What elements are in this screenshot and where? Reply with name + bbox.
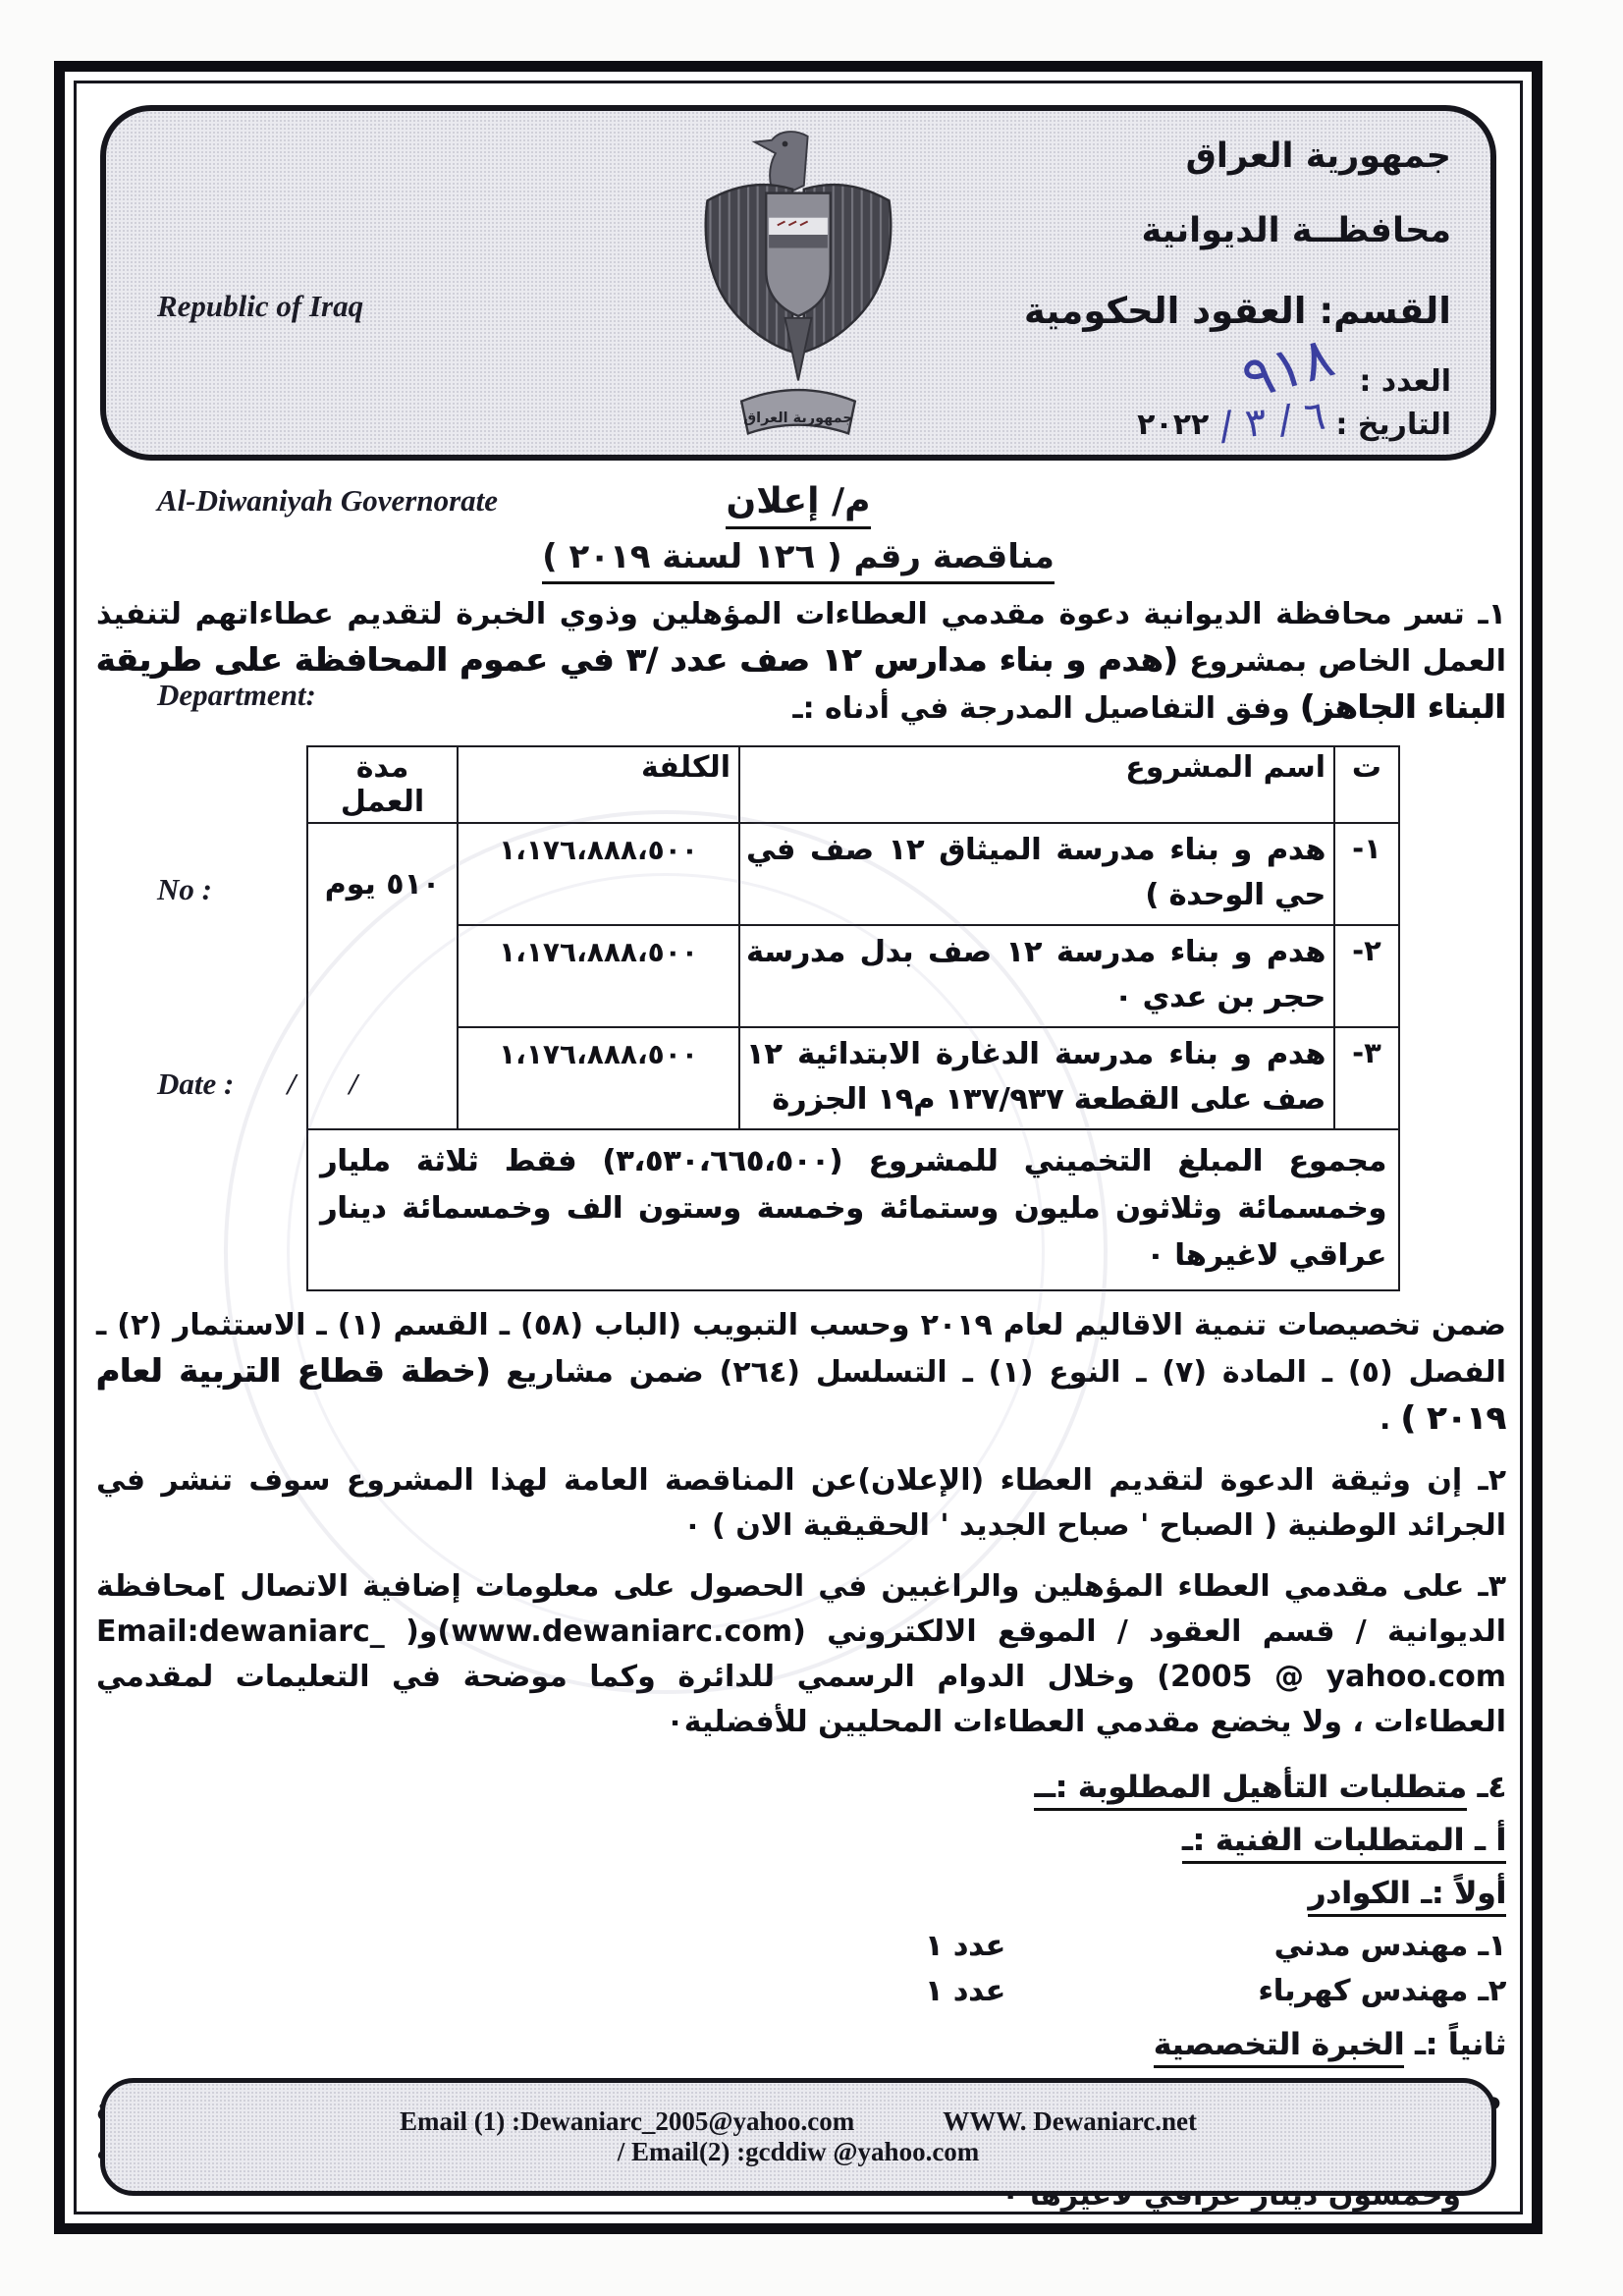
iraq-coat-of-arms-icon: جمهورية العراق <box>694 123 902 457</box>
cadre-name: ١ـ مهندس مدني <box>1163 1924 1506 1969</box>
letterhead-en-country: Republic of Iraq <box>157 274 498 339</box>
footer-contact-box: Email (1) :Dewaniarc_2005@yahoo.com WWW.… <box>100 2078 1496 2196</box>
footer-email2: / Email(2) :gcddiw @yahoo.com <box>618 2137 980 2167</box>
section4-title: متطلبات التأهيل المطلوبة :ــ <box>1034 1770 1466 1811</box>
paragraph-allocation-tail: . <box>1380 1402 1401 1437</box>
document-date-line: التاريخ : ٦ / ٣ / ٢٠٢٢ <box>1024 399 1451 460</box>
document-outer-frame: Republic of Iraq Al-Diwaniyah Governorat… <box>54 61 1542 2234</box>
cadre-row-civil-engineer: ١ـ مهندس مدني عدد ١ <box>77 1924 1520 1969</box>
section4-number: ٤ـ <box>1467 1770 1506 1805</box>
document-date-handwritten: ٦ / ٣ / <box>1217 393 1327 449</box>
footer-website: WWW. Dewaniarc.net <box>943 2106 1197 2137</box>
cadre-name: ٢ـ مهندس كهرباء <box>1163 1969 1506 2014</box>
paragraph-allocation: ضمن تخصيصات تنمية الاقاليم لعام ٢٠١٩ وحس… <box>77 1303 1520 1443</box>
row3-cost: ١،١٧٦،٨٨٨،٥٠٠ <box>458 1027 739 1129</box>
paragraph-invitation-tail: وفق التفاصيل المدرجة في أدناه :ـ <box>792 691 1300 726</box>
cadre-count: عدد ١ <box>925 1969 1005 2014</box>
letterhead-arabic: جمهورية العراق محافظــة الديوانية القسم:… <box>1024 137 1451 460</box>
row1-cost: ١،١٧٦،٨٨٨،٥٠٠ <box>458 823 739 925</box>
letterhead-en-governorate: Al-Diwaniyah Governorate <box>157 468 498 533</box>
cadre-count: عدد ١ <box>925 1924 1005 1969</box>
document-number-line: العدد : ٩١٨ <box>1024 338 1451 399</box>
document-number-label: العدد : <box>1359 364 1451 399</box>
document-inner-frame: Republic of Iraq Al-Diwaniyah Governorat… <box>74 81 1523 2214</box>
letterhead-ar-country: جمهورية العراق <box>1024 137 1451 176</box>
announcement-title: م/ إعلان <box>726 480 870 529</box>
letterhead-ar-governorate: محافظــة الديوانية <box>1024 211 1451 250</box>
letterhead-en-department: Department: <box>157 663 498 728</box>
row2-project-name: هدم و بناء مدرسة ١٢ صف بدل مدرسة حجر بن … <box>739 925 1334 1027</box>
letterhead-english: Republic of Iraq Al-Diwaniyah Governorat… <box>157 144 498 1246</box>
tender-number-title: مناقصة رقم ( ١٢٦ لسنة ٢٠١٩ ) <box>542 537 1055 584</box>
row3-serial: ٣- <box>1334 1027 1399 1129</box>
specialized-experience-title: الخبرة التخصصية <box>1154 2027 1404 2068</box>
col-header-project-name: اسم المشروع <box>739 746 1334 823</box>
row2-cost: ١،١٧٦،٨٨٨،٥٠٠ <box>458 925 739 1027</box>
letterhead-en-number: No : <box>157 857 498 922</box>
letterhead-ar-department: القسم: العقود الحكومية <box>1024 290 1451 332</box>
footer-email1: Email (1) :Dewaniarc_2005@yahoo.com <box>400 2106 854 2137</box>
section-specialized-experience: ثانياً :ـ الخبرة التخصصية <box>77 2022 1520 2067</box>
document-date-year: ٢٠٢٢ <box>1137 408 1209 442</box>
letterhead: Republic of Iraq Al-Diwaniyah Governorat… <box>100 105 1496 461</box>
technical-requirements-title: أ ـ المتطلبات الفنية :ـ <box>1182 1823 1506 1864</box>
letterhead-en-date: Date : / / <box>157 1052 498 1117</box>
cadre-row-electrical-engineer: ٢ـ مهندس كهرباء عدد ١ <box>77 1969 1520 2014</box>
section-technical-requirements: أ ـ المتطلبات الفنية :ـ <box>77 1818 1520 1863</box>
row1-serial: ١- <box>1334 823 1399 925</box>
document-date-label: التاريخ : <box>1335 408 1451 442</box>
paragraph-contact-info: ٣ـ على مقدمي العطاء المؤهلين والراغبين ف… <box>77 1564 1520 1745</box>
col-header-cost: الكلفة <box>458 746 739 823</box>
cadres-title: أولاً :ـ الكوادر <box>1308 1876 1506 1917</box>
col-header-serial: ت <box>1334 746 1399 823</box>
section-qualification-requirements: ٤ـ متطلبات التأهيل المطلوبة :ــ <box>77 1765 1520 1810</box>
row3-project-name: هدم و بناء مدرسة الدغارة الابتدائية ١٢ ص… <box>739 1027 1334 1129</box>
emblem-banner-text: جمهورية العراق <box>743 410 853 426</box>
section-cadres: أولاً :ـ الكوادر <box>77 1871 1520 1916</box>
paragraph-newspapers: ٢ـ إن وثيقة الدعوة لتقديم العطاء (الإعلا… <box>77 1458 1520 1549</box>
row1-project-name: هدم و بناء مدرسة الميثاق ١٢ صف في حي الو… <box>739 823 1334 925</box>
row2-serial: ٢- <box>1334 925 1399 1027</box>
footer-line1: Email (1) :Dewaniarc_2005@yahoo.com WWW.… <box>400 2106 1197 2137</box>
secondly-label: ثانياً :ـ <box>1404 2027 1506 2062</box>
